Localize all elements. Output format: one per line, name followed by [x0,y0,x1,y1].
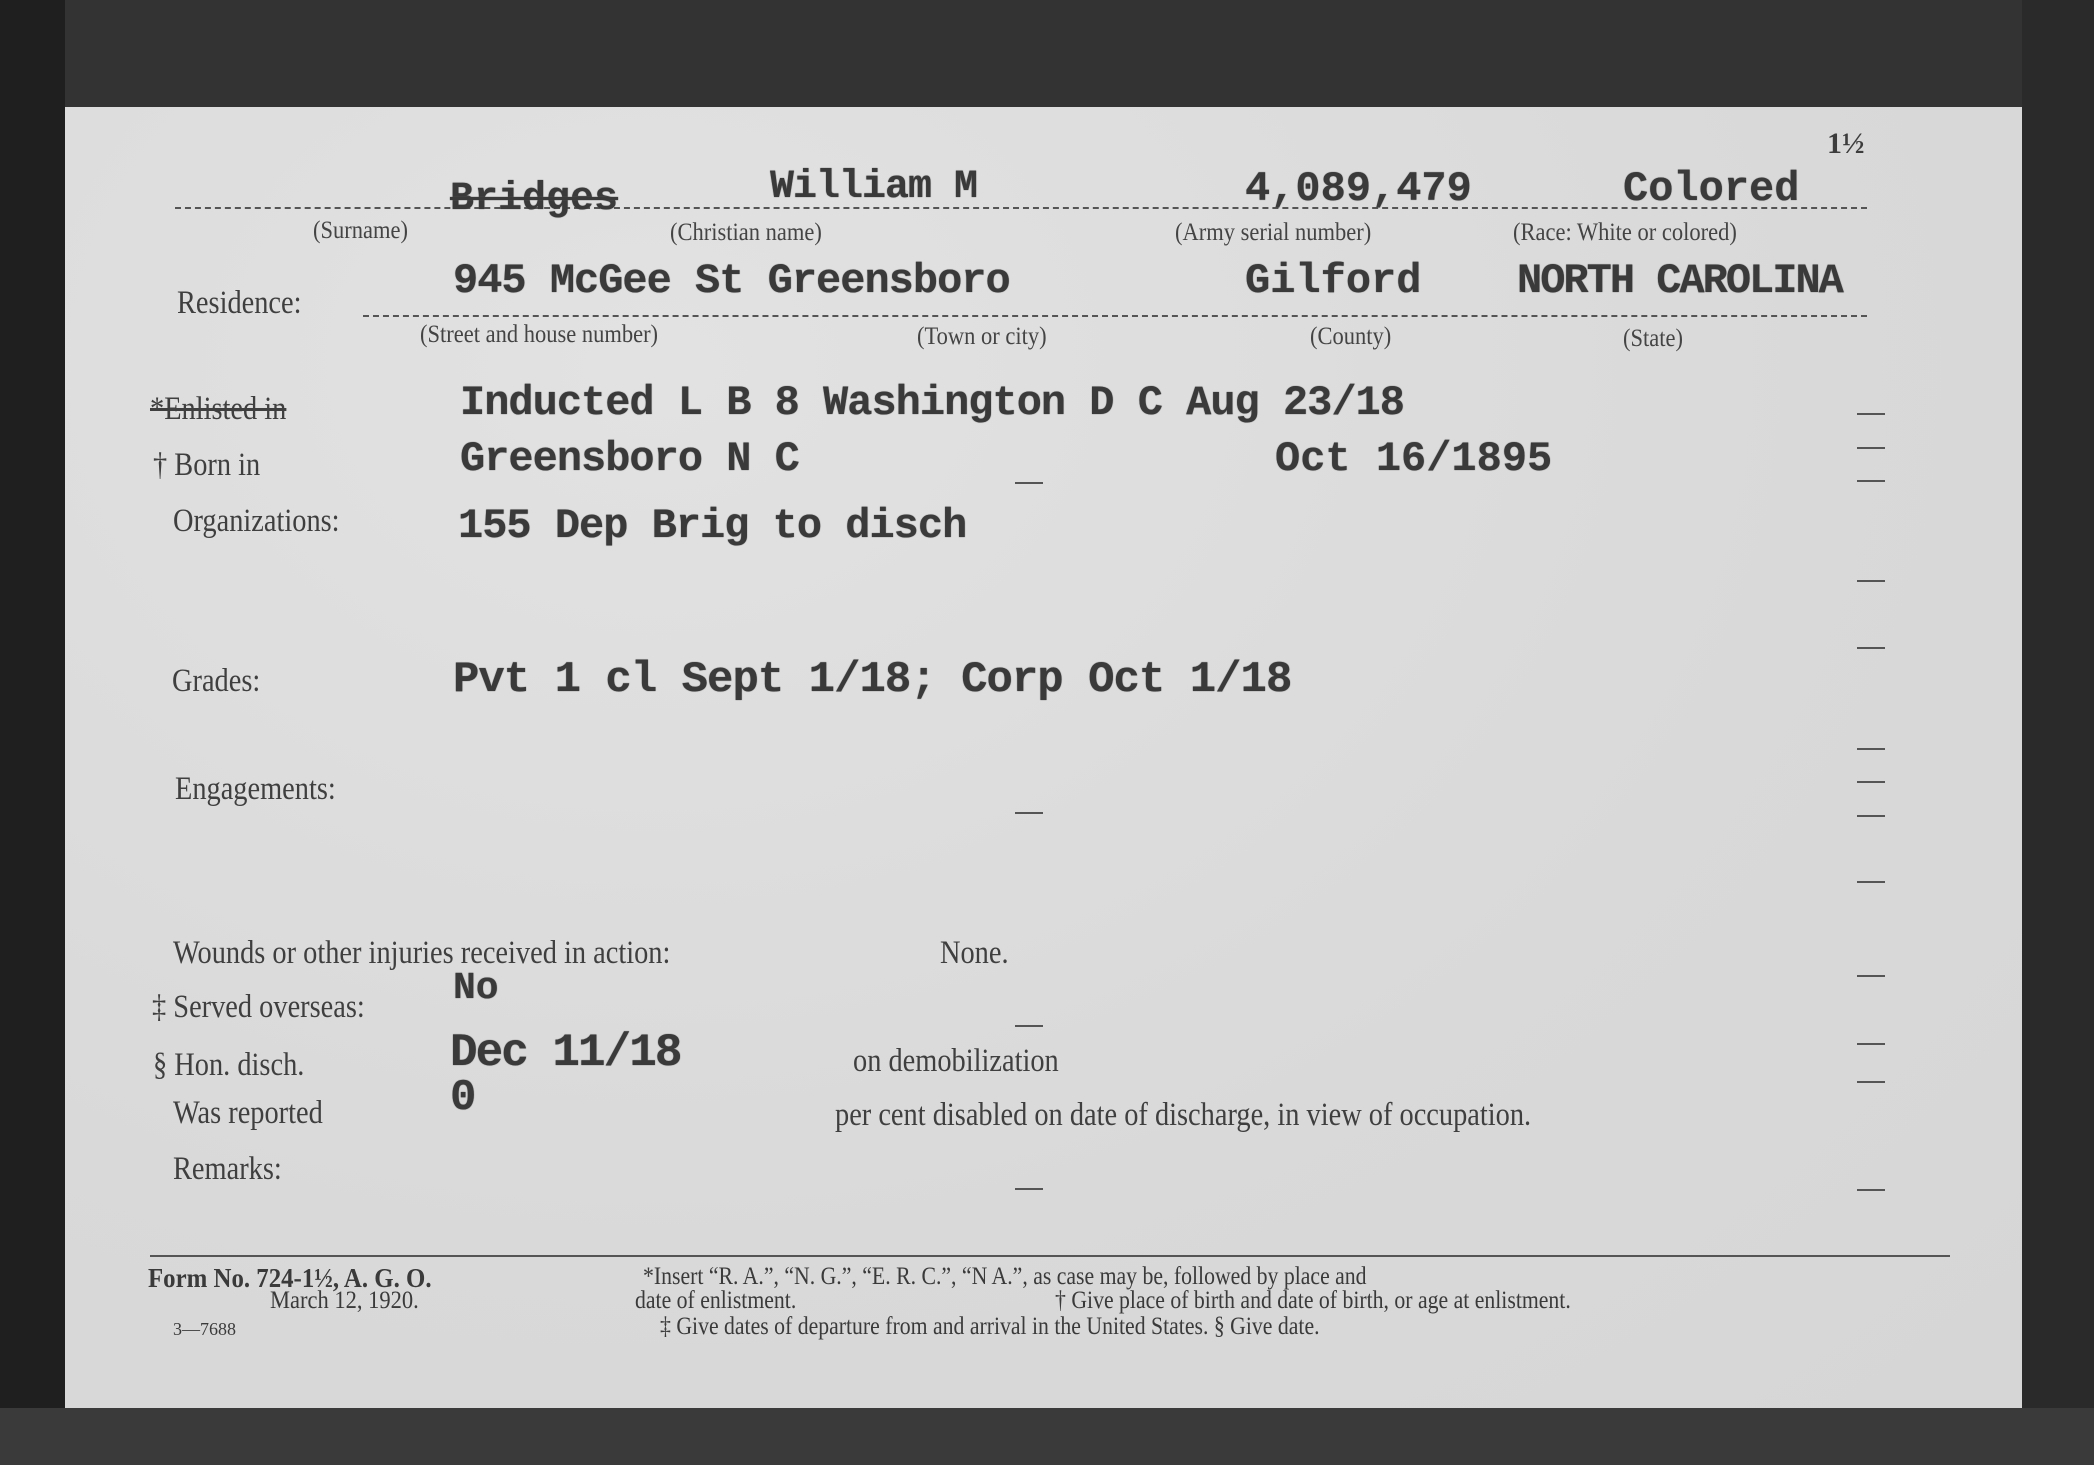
born-label: † Born in [153,447,260,484]
was-reported-suffix: per cent disabled on date of discharge, … [835,1097,1531,1134]
blank-mark [1857,413,1885,415]
blank-mark [1857,1189,1885,1191]
scan-background-right [2022,0,2094,1465]
residence-dotted-line [363,315,1867,317]
blank-mark [1015,1025,1043,1027]
hon-disch-label: § Hon. disch. [153,1047,304,1084]
town-caption: (Town or city) [917,323,1047,351]
organizations-label: Organizations: [173,503,340,540]
footnote-enlistment: date of enlistment. [635,1287,796,1315]
footer-rule [150,1255,1950,1257]
christian-name-caption: (Christian name) [670,219,822,247]
served-overseas-label: ‡ Served overseas: [152,989,365,1026]
street-town-value: 945 McGee St Greensboro [453,257,1010,305]
footnote-birth: † Give place of birth and date of birth,… [1055,1287,1571,1315]
blank-mark [1857,447,1885,449]
county-caption: (County) [1310,323,1391,351]
scan-background-top [0,0,2094,107]
serial-number-caption: (Army serial number) [1175,219,1371,247]
service-record-card: 1½ Bridges William M 4,089,479 Colored (… [65,107,2022,1408]
blank-mark [1857,815,1885,817]
remarks-label: Remarks: [173,1151,282,1188]
wounds-value: None. [940,935,1009,972]
grades-value: Pvt 1 cl Sept 1/18; Corp Oct 1/18 [453,655,1291,705]
blank-mark [1015,812,1043,814]
blank-mark [1857,480,1885,482]
born-place-value: Greensboro N C [460,435,799,483]
wounds-label: Wounds or other injuries received in act… [173,935,670,972]
surname-caption: (Surname) [313,217,408,245]
serial-number-value: 4,089,479 [1245,165,1472,213]
county-value: Gilford [1245,257,1421,305]
hon-disch-value: Dec 11/18 [450,1027,680,1079]
form-date: March 12, 1920. [270,1287,419,1315]
christian-name-value: William M [770,165,977,210]
residence-label: Residence: [177,285,302,322]
scan-background-left [0,0,65,1465]
organizations-value: 155 Dep Brig to disch [458,502,966,550]
race-caption: (Race: White or colored) [1513,219,1737,247]
blank-mark [1015,1188,1043,1190]
blank-mark [1857,647,1885,649]
was-reported-value: 0 [450,1073,476,1123]
grades-label: Grades: [172,663,260,700]
scan-background-bottom [0,1408,2094,1465]
blank-mark [1857,1043,1885,1045]
blank-mark [1857,1081,1885,1083]
corner-mark: 1½ [1827,127,1865,161]
blank-mark [1857,580,1885,582]
street-caption: (Street and house number) [420,321,658,349]
engagements-label: Engagements: [175,771,336,808]
blank-mark [1857,748,1885,750]
state-caption: (State) [1623,325,1683,353]
was-reported-label: Was reported [173,1095,323,1132]
header-dotted-line [175,207,1867,209]
blank-mark [1857,781,1885,783]
born-date-value: Oct 16/1895 [1275,435,1552,483]
print-code: 3—7688 [173,1319,236,1340]
enlisted-label: *Enlisted in [150,391,286,428]
hon-disch-suffix: on demobilization [853,1043,1059,1080]
state-value: NORTH CAROLINA [1517,257,1842,305]
footnote-departure: ‡ Give dates of departure from and arriv… [660,1313,1320,1341]
blank-mark [1857,881,1885,883]
enlisted-value: Inducted L B 8 Washington D C Aug 23/18 [460,379,1404,427]
surname-value: Bridges [450,177,618,222]
served-overseas-value: No [453,967,499,1010]
blank-mark [1857,975,1885,977]
race-value: Colored [1623,165,1799,213]
blank-mark [1015,482,1043,484]
